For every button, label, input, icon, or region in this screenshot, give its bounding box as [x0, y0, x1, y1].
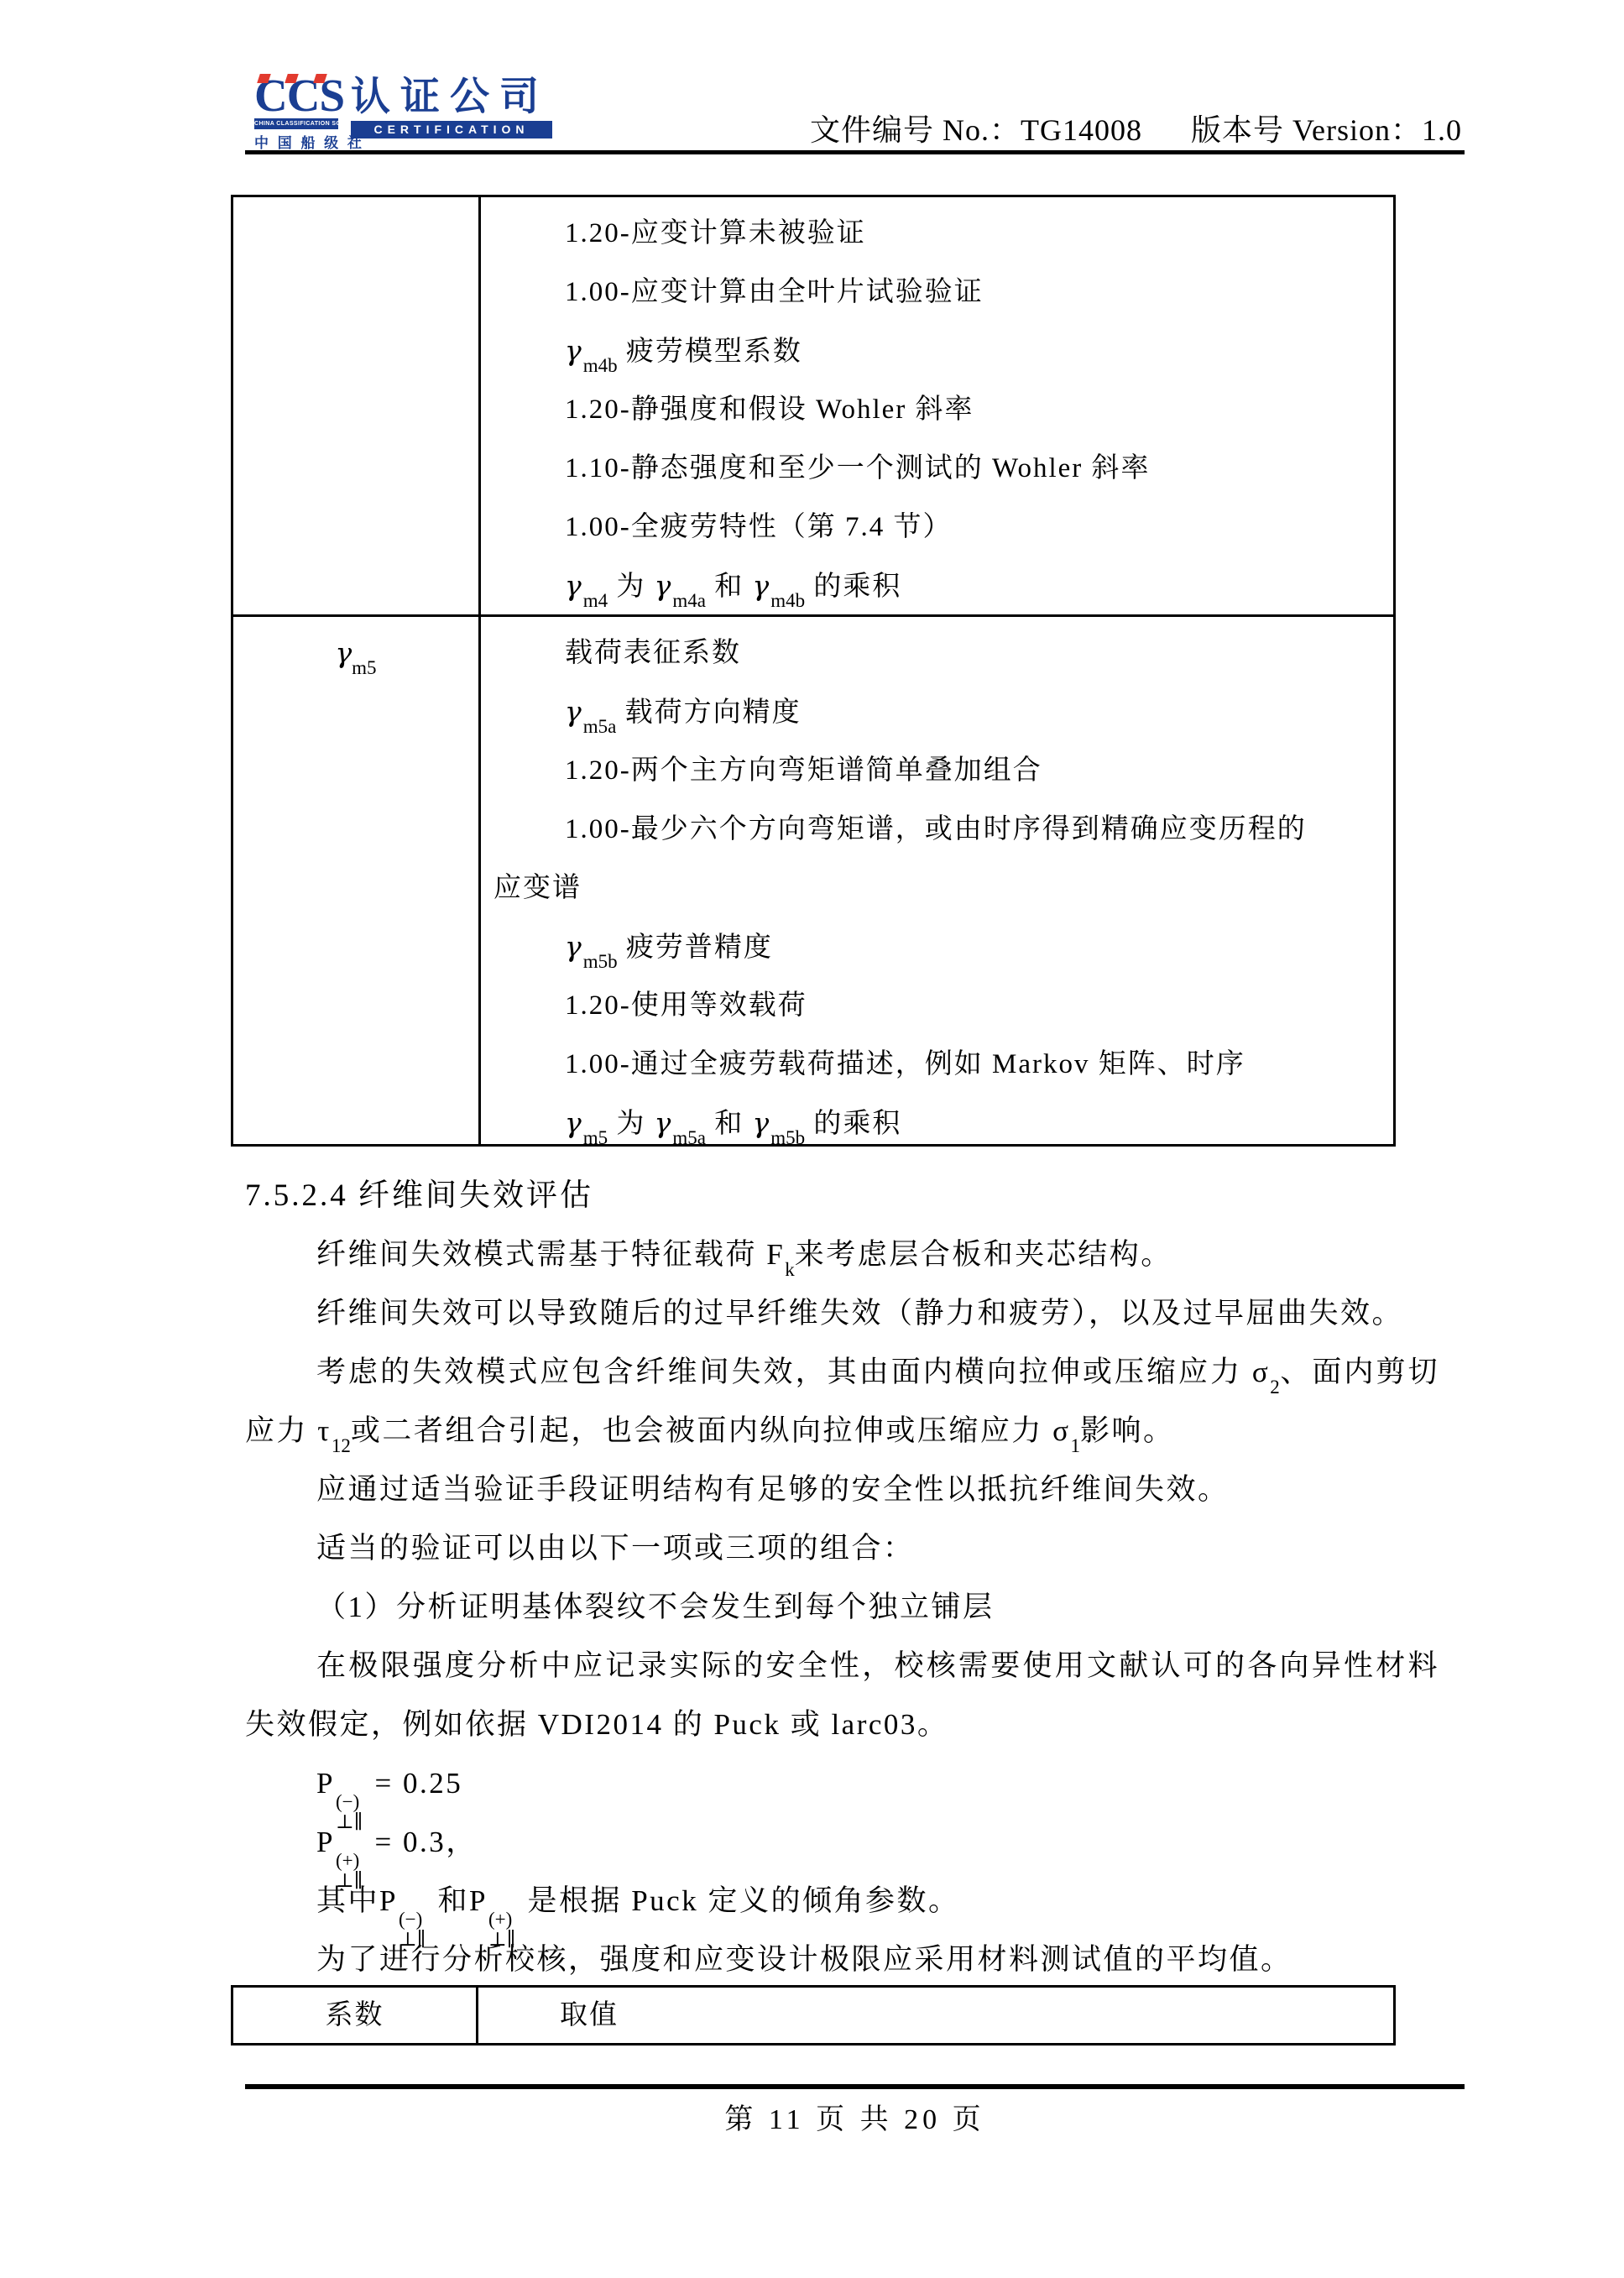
- table-header-coefficient: 系数: [233, 1988, 478, 2043]
- body-line: 适当的验证可以由以下一项或三项的组合：: [245, 1519, 1441, 1578]
- formula-line: P(+)⊥∥ = 0.3，: [245, 1813, 1441, 1872]
- body-line: 应力 τ12或二者组合引起，也会被面内纵向拉伸或压缩应力 σ1影响。: [245, 1402, 1441, 1460]
- ccs-logo-right: 认证公司 CERTIFICATION: [351, 76, 552, 152]
- page-footer: 第 11 页 共 20 页: [245, 2097, 1465, 2144]
- formula-line: P(−)⊥∥ = 0.25: [245, 1754, 1441, 1813]
- ccs-logo: CCS CHINA CLASSIFICATION SOCIETY 中 国 船 级…: [254, 76, 552, 152]
- table-header-value: 取值: [478, 1988, 1393, 2043]
- table-line: γm5 为 γm5a 和 γm5b 的乘积: [481, 1094, 1390, 1152]
- table-line: 1.00-通过全疲劳载荷描述，例如 Markov 矩阵、时序: [481, 1035, 1390, 1094]
- ccs-logo-left: CCS CHINA CLASSIFICATION SOCIETY 中 国 船 级…: [254, 76, 338, 152]
- body-line: 在极限强度分析中应记录实际的安全性，校核需要使用文献认可的各向异性材料: [245, 1637, 1441, 1695]
- document-page: CCS CHINA CLASSIFICATION SOCIETY 中 国 船 级…: [0, 0, 1624, 2278]
- doc-no-value: TG14008: [1021, 113, 1142, 147]
- ccs-logo-text: CCS: [254, 76, 338, 116]
- coefficient-table-header: 系数 取值: [231, 1985, 1396, 2045]
- table-line: γm4 为 γm4a 和 γm4b 的乘积: [481, 556, 1390, 615]
- body-line: （1）分析证明基体裂纹不会发生到每个独立铺层: [245, 1578, 1441, 1637]
- document-meta: 文件编号 No.：TG14008版本号 Version：1.0: [810, 107, 1462, 149]
- body-line: 失效假定，例如依据 VDI2014 的 Puck 或 larc03。: [245, 1695, 1441, 1754]
- table-line: 载荷表征系数: [481, 624, 1390, 682]
- table-line: γm5b 疲劳普精度: [481, 917, 1390, 976]
- version-label: 版本号 Version：: [1191, 113, 1422, 147]
- table-line: 1.20-静强度和假设 Wohler 斜率: [481, 380, 1390, 439]
- doc-no-label: 文件编号 No.：: [810, 113, 1021, 147]
- table-line: 1.10-静态强度和至少一个测试的 Wohler 斜率: [481, 439, 1390, 498]
- body-line: 为了进行分析校核，强度和应变设计极限应采用材料测试值的平均值。: [245, 1931, 1441, 1989]
- table-line: 1.20-两个主方向弯矩谱简单叠加组合: [481, 741, 1390, 800]
- header-rule: [245, 150, 1465, 154]
- table-line: 1.20-应变计算未被验证: [481, 204, 1390, 263]
- table-line: 1.20-使用等效载荷: [481, 976, 1390, 1035]
- body-line: 纤维间失效可以导致随后的过早纤维失效（静力和疲劳），以及过早屈曲失效。: [245, 1284, 1441, 1343]
- table-line: γm5a 载荷方向精度: [481, 682, 1390, 741]
- certification-en-bar: CERTIFICATION: [351, 121, 552, 138]
- table-line: 应变谱: [481, 859, 1390, 917]
- body-line: 应通过适当验证手段证明结构有足够的安全性以抵抗纤维间失效。: [245, 1460, 1441, 1519]
- coefficient-table-continued: 1.20-应变计算未被验证1.00-应变计算由全叶片试验验证γm4b 疲劳模型系…: [231, 195, 1396, 1147]
- society-cn-text: 中 国 船 级 社: [254, 131, 338, 152]
- table-row-label: γm5: [233, 624, 478, 683]
- table-line: 1.00-全疲劳特性（第 7.4 节）: [481, 498, 1390, 556]
- footer-rule: [245, 2084, 1465, 2089]
- table-line: 1.00-应变计算由全叶片试验验证: [481, 263, 1390, 321]
- section-heading: 7.5.2.4 纤维间失效评估: [245, 1167, 1441, 1225]
- table-line: γm4b 疲劳模型系数: [481, 321, 1390, 380]
- version-value: 1.0: [1422, 113, 1462, 147]
- section-body-text: 7.5.2.4 纤维间失效评估纤维间失效模式需基于特征载荷 Fk来考虑层合板和夹…: [245, 1167, 1441, 1989]
- body-line: 考虑的失效模式应包含纤维间失效，其由面内横向拉伸或压缩应力 σ2、面内剪切: [245, 1343, 1441, 1402]
- table-row-content: 载荷表征系数γm5a 载荷方向精度1.20-两个主方向弯矩谱简单叠加组合1.00…: [481, 624, 1390, 1152]
- body-line: 其中P(−)⊥∥ 和P(+)⊥∥ 是根据 Puck 定义的倾角参数。: [245, 1872, 1441, 1931]
- body-line: 纤维间失效模式需基于特征载荷 Fk来考虑层合板和夹芯结构。: [245, 1225, 1441, 1284]
- certification-cn-text: 认证公司: [351, 76, 552, 118]
- table-line: 1.00-最少六个方向弯矩谱，或由时序得到精确应变历程的: [481, 800, 1390, 859]
- table-row-content: 1.20-应变计算未被验证1.00-应变计算由全叶片试验验证γm4b 疲劳模型系…: [481, 204, 1390, 615]
